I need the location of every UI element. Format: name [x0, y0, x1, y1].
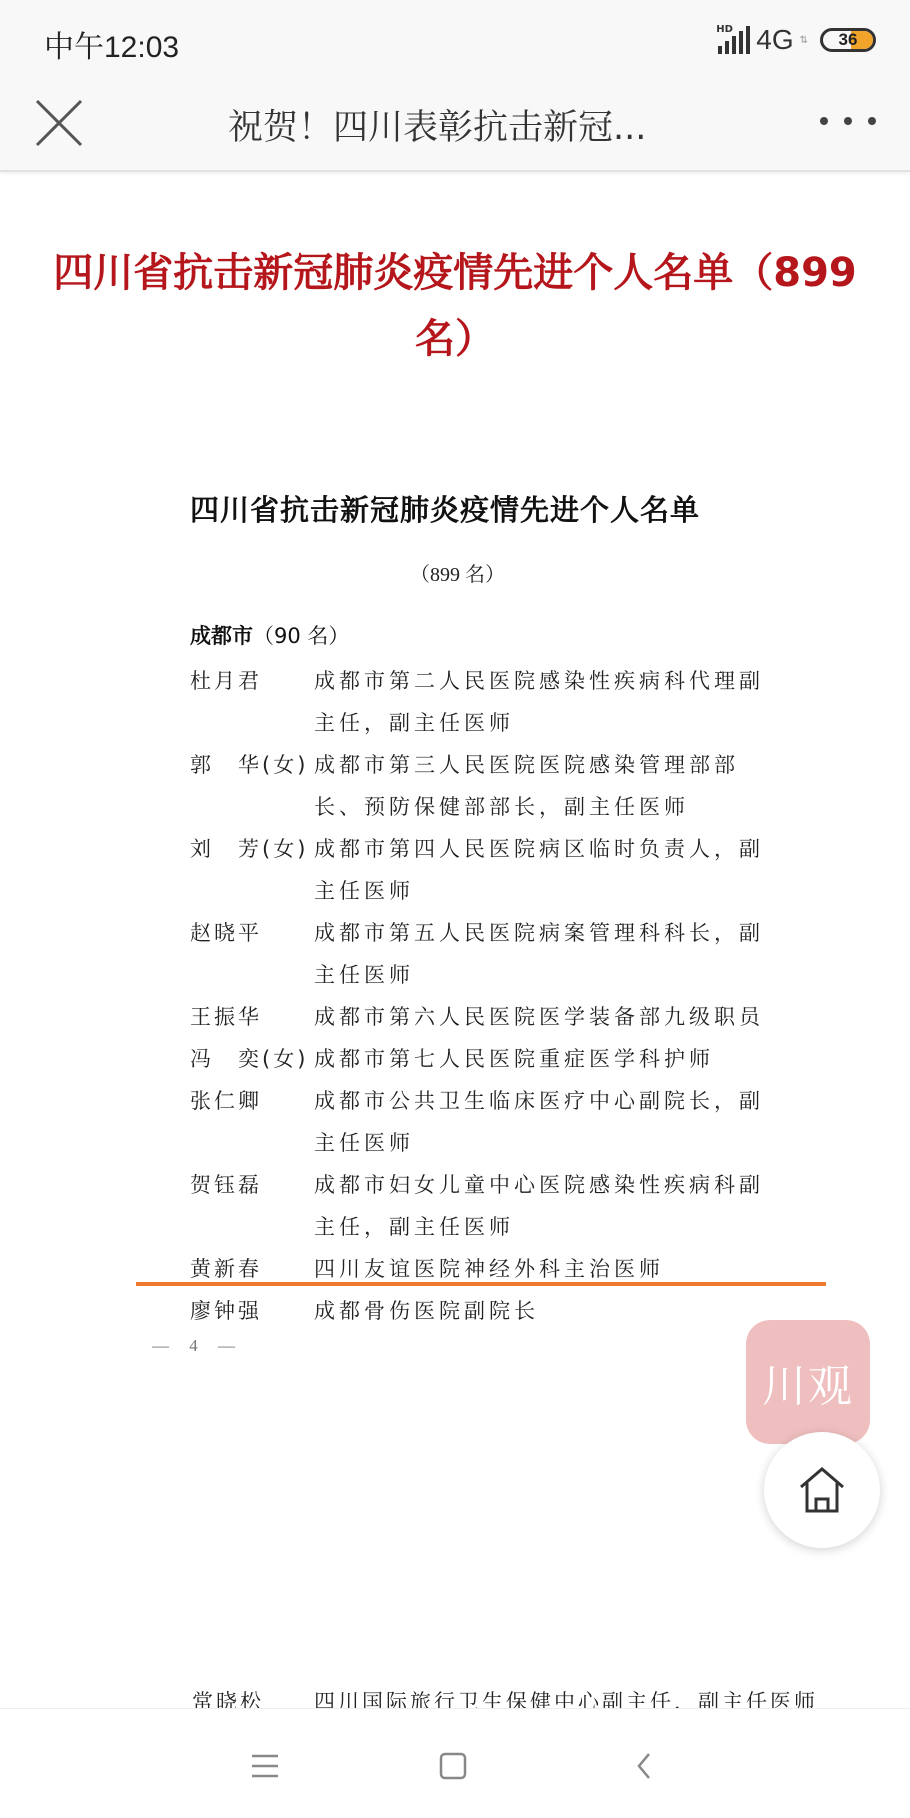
home-icon — [797, 1465, 847, 1515]
hd-label: HD — [716, 24, 733, 35]
battery-level: 36 — [839, 30, 858, 50]
page-title: 祝贺！四川表彰抗击新冠... — [228, 100, 646, 150]
home-system-button[interactable] — [428, 1741, 478, 1791]
entry-name: 刘 芳(女) — [190, 828, 314, 912]
menu-icon — [250, 1751, 280, 1781]
entry-desc: 成都市妇女儿童中心医院感染性疾病科副主任，副主任医师 — [314, 1164, 774, 1248]
city-name: 成都市 — [190, 624, 253, 648]
entry-desc: 成都市第七人民医院重症医学科护师 — [314, 1038, 774, 1080]
entry-desc: 成都市第五人民医院病案管理科科长，副主任医师 — [314, 912, 774, 996]
more-button[interactable] — [820, 106, 876, 136]
entry-name: 贺钰磊 — [190, 1164, 314, 1248]
city-count: （90 名） — [253, 624, 349, 648]
close-icon — [34, 98, 84, 148]
entry-list: 杜月君成都市第二人民医院感染性疾病科代理副主任，副主任医师 郭 华(女)成都市第… — [190, 660, 790, 1332]
list-item: 杜月君成都市第二人民医院感染性疾病科代理副主任，副主任医师 — [190, 660, 790, 744]
list-item: 贺钰磊成都市妇女儿童中心医院感染性疾病科副主任，副主任医师 — [190, 1164, 790, 1248]
highlight-underline — [136, 1282, 826, 1286]
entry-desc: 成都市第二人民医院感染性疾病科代理副主任，副主任医师 — [314, 660, 774, 744]
menu-button[interactable] — [240, 1741, 290, 1791]
list-item: 张仁卿成都市公共卫生临床医疗中心副院长，副主任医师 — [190, 1080, 790, 1164]
city-heading: 成都市（90 名） — [190, 620, 349, 650]
entry-desc: 成都骨伤医院副院长 — [314, 1290, 774, 1332]
list-item: 廖钟强成都骨伤医院副院长 — [190, 1290, 790, 1332]
entry-name: 廖钟强 — [190, 1290, 314, 1332]
nav-bar: 祝贺！四川表彰抗击新冠... — [0, 80, 910, 172]
entry-name: 郭 华(女) — [190, 744, 314, 828]
brand-badge[interactable]: 川观 — [746, 1320, 870, 1444]
close-button[interactable] — [34, 98, 84, 148]
status-indicators: HD 4G ⇅ 36 — [716, 24, 876, 56]
list-item: 冯 奕(女)成都市第七人民医院重症医学科护师 — [190, 1038, 790, 1080]
entry-name: 冯 奕(女) — [190, 1038, 314, 1080]
system-nav-bar — [0, 1708, 910, 1818]
list-item: 赵晓平成都市第五人民医院病案管理科科长，副主任医师 — [190, 912, 790, 996]
entry-desc: 成都市第三人民医院医院感染管理部部长、预防保健部部长，副主任医师 — [314, 744, 774, 828]
document-count: （899 名） — [410, 558, 505, 587]
status-bar: 中午12:03 HD 4G ⇅ 36 — [0, 0, 910, 80]
entry-name: 杜月君 — [190, 660, 314, 744]
battery-icon: 36 — [820, 28, 876, 52]
page-number: — 4 — — [152, 1336, 243, 1356]
list-item: 郭 华(女)成都市第三人民医院医院感染管理部部长、预防保健部部长，副主任医师 — [190, 744, 790, 828]
home-button[interactable] — [764, 1432, 880, 1548]
document-title: 四川省抗击新冠肺炎疫情先进个人名单 — [190, 488, 700, 529]
back-chevron-icon — [630, 1751, 660, 1781]
list-item: 王振华成都市第六人民医院医学装备部九级职员 — [190, 996, 790, 1038]
entry-desc: 成都市第六人民医院医学装备部九级职员 — [314, 996, 774, 1038]
status-time: 中午12:03 — [44, 22, 179, 66]
network-type: 4G — [756, 24, 793, 56]
brand-label: 川观 — [762, 1350, 854, 1414]
square-home-icon — [438, 1751, 468, 1781]
entry-name: 王振华 — [190, 996, 314, 1038]
entry-name: 张仁卿 — [190, 1080, 314, 1164]
entry-desc: 成都市第四人民医院病区临时负责人，副主任医师 — [314, 828, 774, 912]
back-button[interactable] — [620, 1741, 670, 1791]
article-title: 四川省抗击新冠肺炎疫情先进个人名单（899名） — [40, 240, 870, 372]
more-dots-icon — [820, 117, 828, 125]
entry-desc: 成都市公共卫生临床医疗中心副院长，副主任医师 — [314, 1080, 774, 1164]
data-arrows-icon: ⇅ — [800, 35, 808, 46]
entry-name: 赵晓平 — [190, 912, 314, 996]
signal-icon: HD — [716, 26, 750, 54]
list-item: 刘 芳(女)成都市第四人民医院病区临时负责人，副主任医师 — [190, 828, 790, 912]
